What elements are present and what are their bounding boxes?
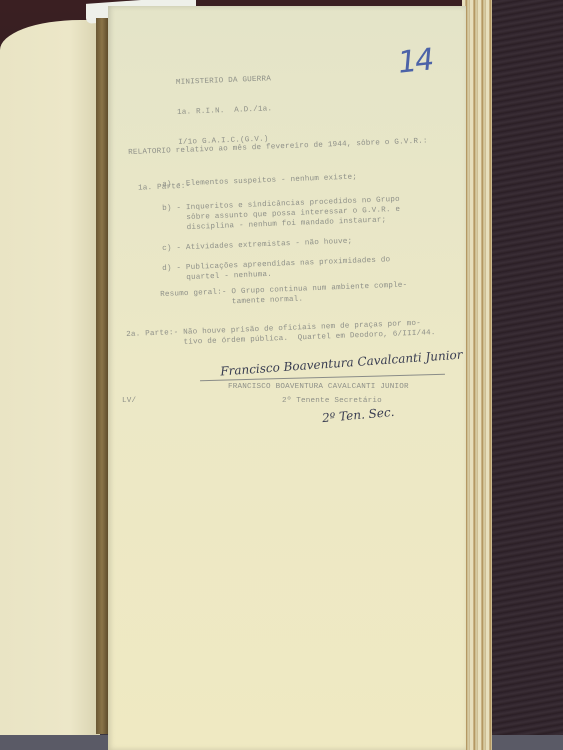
left-page <box>0 20 100 735</box>
stamp-line: 1a. R.I.N. A.D./1a. <box>177 104 272 118</box>
desk-surface <box>490 0 563 750</box>
rank-title: 2º Tenente Secretário <box>282 396 382 406</box>
typed-name: FRANCISCO BOAVENTURA CAVALCANTI JUNIOR <box>228 382 409 392</box>
folio-number: 14 <box>396 42 434 80</box>
typist-initials: LV/ <box>122 396 136 406</box>
book-gutter <box>96 18 108 734</box>
stamp-line: MINISTERIO DA GUERRA <box>176 74 271 88</box>
page-stack-edges <box>462 0 492 750</box>
